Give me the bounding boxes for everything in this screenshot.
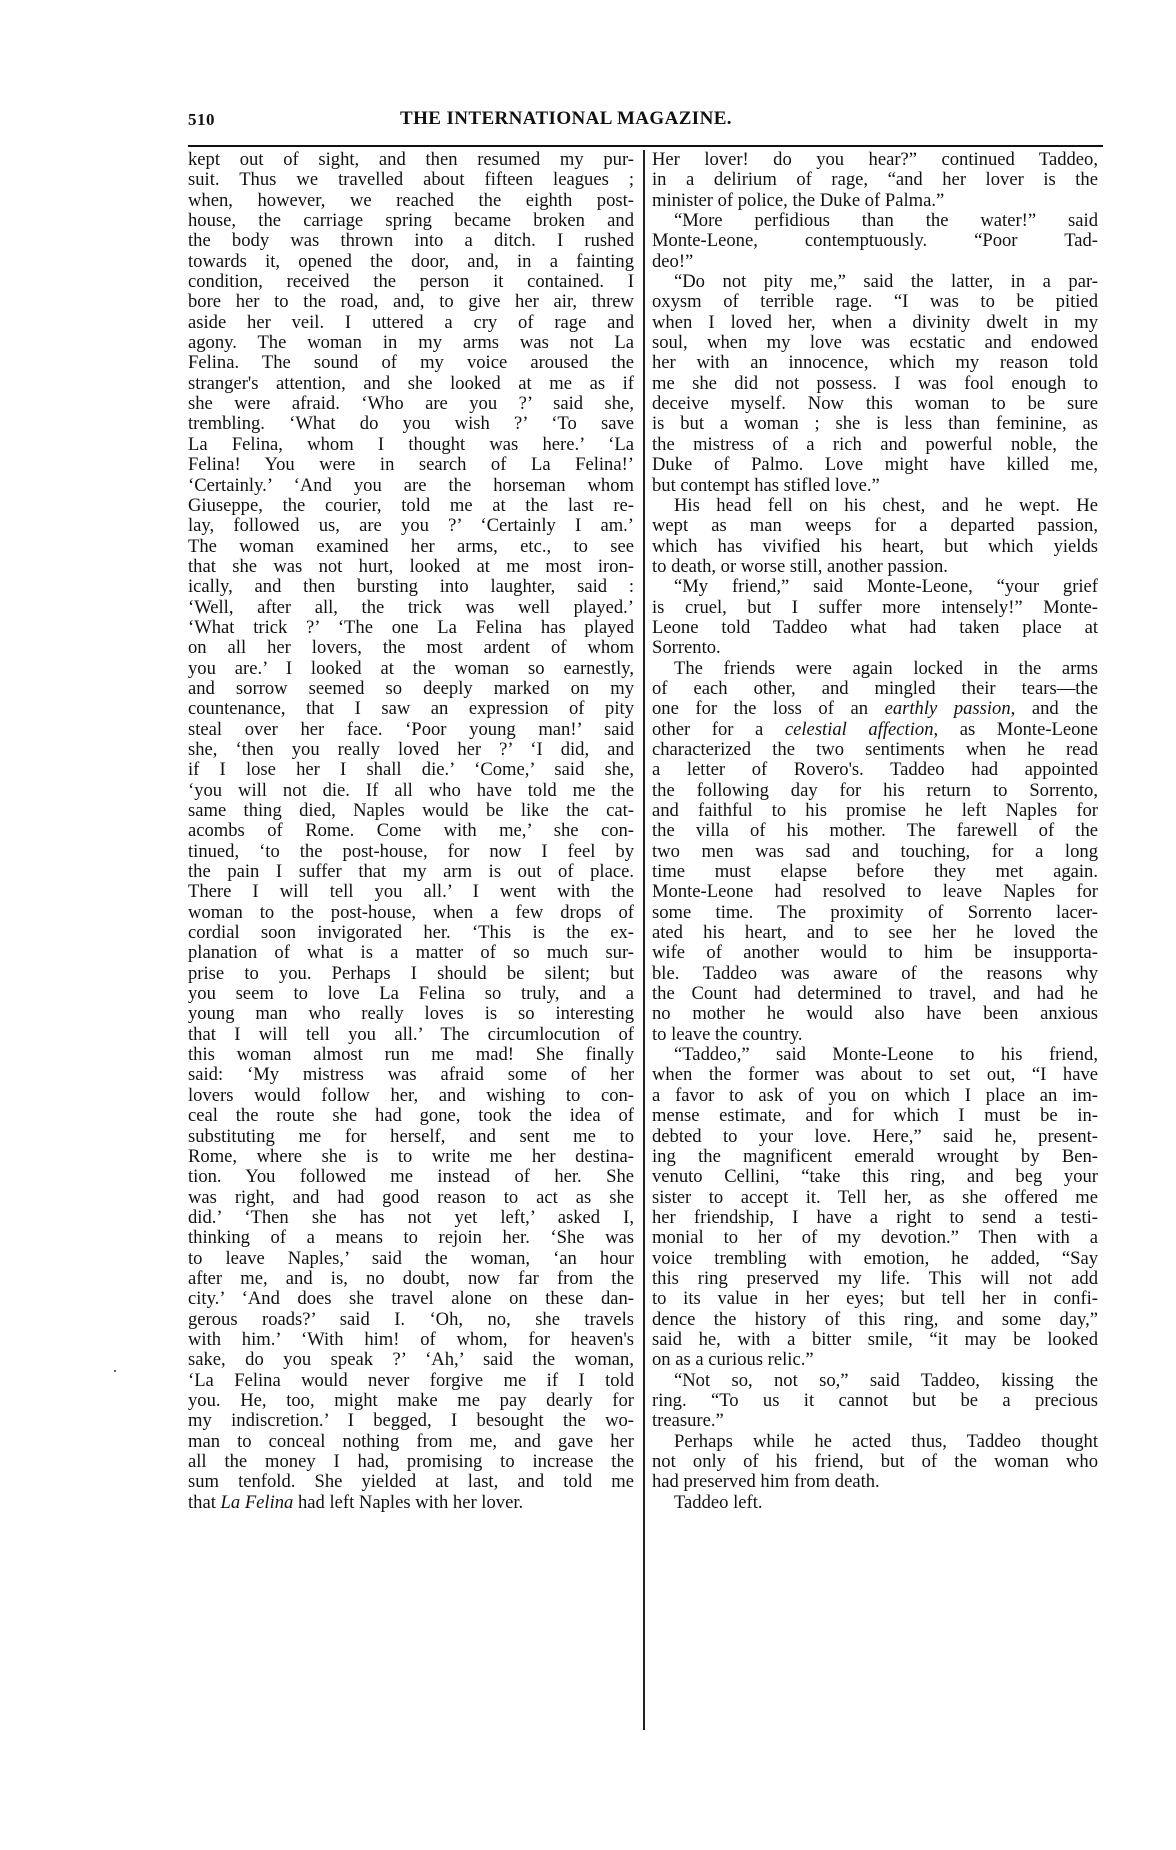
text-line: soul, when my love was ecstatic and endo… — [652, 333, 1098, 353]
text-line: treasure.” — [652, 1411, 1098, 1431]
text-line: “Taddeo,” said Monte-Leone to his friend… — [652, 1045, 1098, 1065]
text-line: lay, followed us, are you ?’ ‘Certainly … — [188, 516, 634, 536]
text-line: ‘Certainly.’ ‘And you are the horseman w… — [188, 476, 634, 496]
text-line: cordial soon invigorated her. ‘This is t… — [188, 923, 634, 943]
text-line: and sorrow seemed so deeply marked on my — [188, 679, 634, 699]
text-line: to leave Naples,’ said the woman, ‘an ho… — [188, 1249, 634, 1269]
text-line: “More perfidious than the water!” said — [652, 211, 1098, 231]
text-line: a letter of Rovero's. Taddeo had appoint… — [652, 760, 1098, 780]
text-line: you. He, too, might make me pay dearly f… — [188, 1391, 634, 1411]
text-line: Leone told Taddeo what had taken place a… — [652, 618, 1098, 638]
text-line: agony. The woman in my arms was not La — [188, 333, 634, 353]
text-run: one for the loss of an — [652, 698, 885, 719]
text-line: La Felina, whom I thought was here.’ ‘La — [188, 435, 634, 455]
text-line: Monte-Leone had resolved to leave Naples… — [652, 882, 1098, 902]
text-line: the Count had determined to travel, and … — [652, 984, 1098, 1004]
text-line: all the money I had, promising to increa… — [188, 1452, 634, 1472]
text-line: after me, and is, no doubt, now far from… — [188, 1269, 634, 1289]
text-line: she, ‘then you really loved her ?’ ‘I di… — [188, 740, 634, 760]
text-line: which has vivified his heart, but which … — [652, 537, 1098, 557]
text-line: ceal the route she had gone, took the id… — [188, 1106, 634, 1126]
text-line: Felina. The sound of my voice aroused th… — [188, 353, 634, 373]
text-line: to death, or worse still, another passio… — [652, 557, 1098, 577]
text-line: steal over her face. ‘Poor young man!’ s… — [188, 720, 634, 740]
text-line: time must elapse before they met again. — [652, 862, 1098, 882]
text-line: the body was thrown into a ditch. I rush… — [188, 231, 634, 251]
text-run: , and the — [1011, 698, 1098, 719]
text-line: the villa of his mother. The farewell of… — [652, 821, 1098, 841]
text-line: ‘you will not die. If all who have told … — [188, 781, 634, 801]
text-line: if I lose her I shall die.’ ‘Come,’ said… — [188, 760, 634, 780]
text-line: you seem to love La Felina so truly, and… — [188, 984, 634, 1004]
text-line: deo!” — [652, 252, 1098, 272]
text-line: dence the history of this ring, and some… — [652, 1310, 1098, 1330]
text-line: me she did not possess. I was fool enoug… — [652, 374, 1098, 394]
text-line: Taddeo left. — [652, 1493, 1098, 1513]
text-line: thinking of a means to rejoin her. ‘She … — [188, 1228, 634, 1248]
text-line: tion. You followed me instead of her. Sh… — [188, 1167, 634, 1187]
text-line: The friends were again locked in the arm… — [652, 659, 1098, 679]
text-run: other for a — [652, 719, 785, 740]
text-line: young man who really loves is so interes… — [188, 1004, 634, 1024]
text-line: The woman examined her arms, etc., to se… — [188, 537, 634, 557]
text-line: Sorrento. — [652, 638, 1098, 658]
text-line: wife of another would to him be insuppor… — [652, 943, 1098, 963]
text-line: no mother he would also have been anxiou… — [652, 1004, 1098, 1024]
text-line: planation of what is a matter of so much… — [188, 943, 634, 963]
italic-run: earthly passion — [885, 698, 1011, 719]
text-line: that I will tell you all.’ The circumloc… — [188, 1025, 634, 1045]
text-line: towards it, opened the door, and, in a f… — [188, 252, 634, 272]
text-line: ring. “To us it cannot but be a precious — [652, 1391, 1098, 1411]
text-line: of each other, and mingled their tears—t… — [652, 679, 1098, 699]
text-line: “Do not pity me,” said the latter, in a … — [652, 272, 1098, 292]
text-line: stranger's attention, and she looked at … — [188, 374, 634, 394]
text-line: you are.’ I looked at the woman so earne… — [188, 659, 634, 679]
text-line: with him.’ ‘With him! of whom, for heave… — [188, 1330, 634, 1350]
text-line: acombs of Rome. Come with me,’ she con- — [188, 821, 634, 841]
text-line: wept as man weeps for a departed passion… — [652, 516, 1098, 536]
text-run: , as Monte-Leone — [934, 719, 1099, 740]
text-line: to its value in her eyes; but tell her i… — [652, 1289, 1098, 1309]
text-line: gerous roads?’ said I. ‘Oh, no, she trav… — [188, 1310, 634, 1330]
text-line: that she was not hurt, looked at me most… — [188, 557, 634, 577]
text-line: There I will tell you all.’ I went with … — [188, 882, 634, 902]
text-line: Felina! You were in search of La Felina!… — [188, 455, 634, 475]
text-line: voice trembling with emotion, he added, … — [652, 1249, 1098, 1269]
text-line: countenance, that I saw an expression of… — [188, 699, 634, 719]
text-line: substituting me for herself, and sent me… — [188, 1127, 634, 1147]
column-divider — [643, 150, 645, 1730]
text-line: did.’ ‘Then she has not yet left,’ asked… — [188, 1208, 634, 1228]
text-line: condition, received the person it contai… — [188, 272, 634, 292]
text-line: same thing died, Naples would be like th… — [188, 801, 634, 821]
text-line: one for the loss of an earthly passion, … — [652, 699, 1098, 719]
text-line: trembling. ‘What do you wish ?’ ‘To save — [188, 414, 634, 434]
text-line: is cruel, but I suffer more intensely!” … — [652, 598, 1098, 618]
text-line: minister of police, the Duke of Palma.” — [652, 191, 1098, 211]
text-line: house, the carriage spring became broken… — [188, 211, 634, 231]
header-rule — [188, 145, 1103, 147]
text-line: but contempt has stifled love.” — [652, 476, 1098, 496]
text-line: oxysm of terrible rage. “I was to be pit… — [652, 292, 1098, 312]
text-line: ‘La Felina would never forgive me if I t… — [188, 1371, 634, 1391]
text-line: sister to accept it. Tell her, as she of… — [652, 1188, 1098, 1208]
text-line: deceive myself. Now this woman to be sur… — [652, 394, 1098, 414]
text-line: on as a curious relic.” — [652, 1350, 1098, 1370]
text-line: other for a celestial affection, as Mont… — [652, 720, 1098, 740]
text-line: Duke of Palmo. Love might have killed me… — [652, 455, 1098, 475]
text-line: ing the magnificent emerald wrought by B… — [652, 1147, 1098, 1167]
text-line: had preserved him from death. — [652, 1472, 1098, 1492]
text-line: aside her veil. I uttered a cry of rage … — [188, 313, 634, 333]
text-line: woman to the post-house, when a few drop… — [188, 903, 634, 923]
text-line: debted to your love. Here,” said he, pre… — [652, 1127, 1098, 1147]
text-line: suit. Thus we travelled about fifteen le… — [188, 170, 634, 190]
text-line: she were afraid. ‘Who are you ?’ said sh… — [188, 394, 634, 414]
text-line: characterized the two sentiments when he… — [652, 740, 1098, 760]
text-line: her friendship, I have a right to send a… — [652, 1208, 1098, 1228]
text-line: ated his heart, and to see her he loved … — [652, 923, 1098, 943]
text-line: Her lover! do you hear?” continued Tadde… — [652, 150, 1098, 170]
italic-run: La Felina — [221, 1492, 294, 1513]
text-line: to leave the country. — [652, 1025, 1098, 1045]
print-speck — [114, 1370, 116, 1372]
text-line: sum tenfold. She yielded at last, and to… — [188, 1472, 634, 1492]
text-line: said he, with a bitter smile, “it may be… — [652, 1330, 1098, 1350]
text-run: had left Naples with her lover. — [293, 1492, 523, 1513]
text-line: some time. The proximity of Sorrento lac… — [652, 903, 1098, 923]
right-column: Her lover! do you hear?” continued Tadde… — [652, 150, 1098, 1513]
text-line: a favor to ask of you on which I place a… — [652, 1086, 1098, 1106]
text-line: Giuseppe, the courier, told me at the la… — [188, 496, 634, 516]
text-line: is but a woman ; she is less than femini… — [652, 414, 1098, 434]
running-title: THE INTERNATIONAL MAGAZINE. — [400, 108, 732, 130]
text-line: two men was sad and touching, for a long — [652, 842, 1098, 862]
text-line: venuto Cellini, “take this ring, and beg… — [652, 1167, 1098, 1187]
text-line: Monte-Leone, contemptuously. “Poor Tad- — [652, 231, 1098, 251]
text-line: in a delirium of rage, “and her lover is… — [652, 170, 1098, 190]
text-line: bore her to the road, and, to give her a… — [188, 292, 634, 312]
text-line: when the former was about to set out, “I… — [652, 1065, 1098, 1085]
text-line: this ring preserved my life. This will n… — [652, 1269, 1098, 1289]
text-line: mense estimate, and for which I must be … — [652, 1106, 1098, 1126]
text-line: when I loved her, when a divinity dwelt … — [652, 313, 1098, 333]
text-line: “Not so, not so,” said Taddeo, kissing t… — [652, 1371, 1098, 1391]
text-line: tinued, ‘to the post-house, for now I fe… — [188, 842, 634, 862]
text-line: that La Felina had left Naples with her … — [188, 1493, 634, 1513]
text-line: ically, and then bursting into laughter,… — [188, 577, 634, 597]
text-line: said: ‘My mistress was afraid some of he… — [188, 1065, 634, 1085]
text-line: the pain I suffer that my arm is out of … — [188, 862, 634, 882]
text-line: this woman almost run me mad! She finall… — [188, 1045, 634, 1065]
text-line: not only of his friend, but of the woman… — [652, 1452, 1098, 1472]
text-line: kept out of sight, and then resumed my p… — [188, 150, 634, 170]
text-line: lovers would follow her, and wishing to … — [188, 1086, 634, 1106]
text-line: Rome, where she is to write me her desti… — [188, 1147, 634, 1167]
text-line: Perhaps while he acted thus, Taddeo thou… — [652, 1432, 1098, 1452]
text-line: ‘Well, after all, the trick was well pla… — [188, 598, 634, 618]
left-column: kept out of sight, and then resumed my p… — [188, 150, 634, 1513]
text-line: man to conceal nothing from me, and gave… — [188, 1432, 634, 1452]
text-line: and faithful to his promise he left Napl… — [652, 801, 1098, 821]
text-line: “My friend,” said Monte-Leone, “your gri… — [652, 577, 1098, 597]
page-number: 510 — [188, 110, 215, 130]
text-line: when, however, we reached the eighth pos… — [188, 191, 634, 211]
text-run: that — [188, 1492, 221, 1513]
text-line: my indiscretion.’ I begged, I besought t… — [188, 1411, 634, 1431]
text-line: His head fell on his chest, and he wept.… — [652, 496, 1098, 516]
text-line: ‘What trick ?’ ‘The one La Felina has pl… — [188, 618, 634, 638]
text-line: was right, and had good reason to act as… — [188, 1188, 634, 1208]
text-line: on all her lovers, the most ardent of wh… — [188, 638, 634, 658]
text-line: city.’ ‘And does she travel alone on the… — [188, 1289, 634, 1309]
text-line: the mistress of a rich and powerful nobl… — [652, 435, 1098, 455]
text-line: monial to her of my devotion.” Then with… — [652, 1228, 1098, 1248]
italic-run: celestial affection — [785, 719, 934, 740]
text-line: ble. Taddeo was aware of the reasons why — [652, 964, 1098, 984]
text-line: her with an innocence, which my reason t… — [652, 353, 1098, 373]
text-line: the following day for his return to Sorr… — [652, 781, 1098, 801]
text-line: prise to you. Perhaps I should be silent… — [188, 964, 634, 984]
text-line: sake, do you speak ?’ ‘Ah,’ said the wom… — [188, 1350, 634, 1370]
